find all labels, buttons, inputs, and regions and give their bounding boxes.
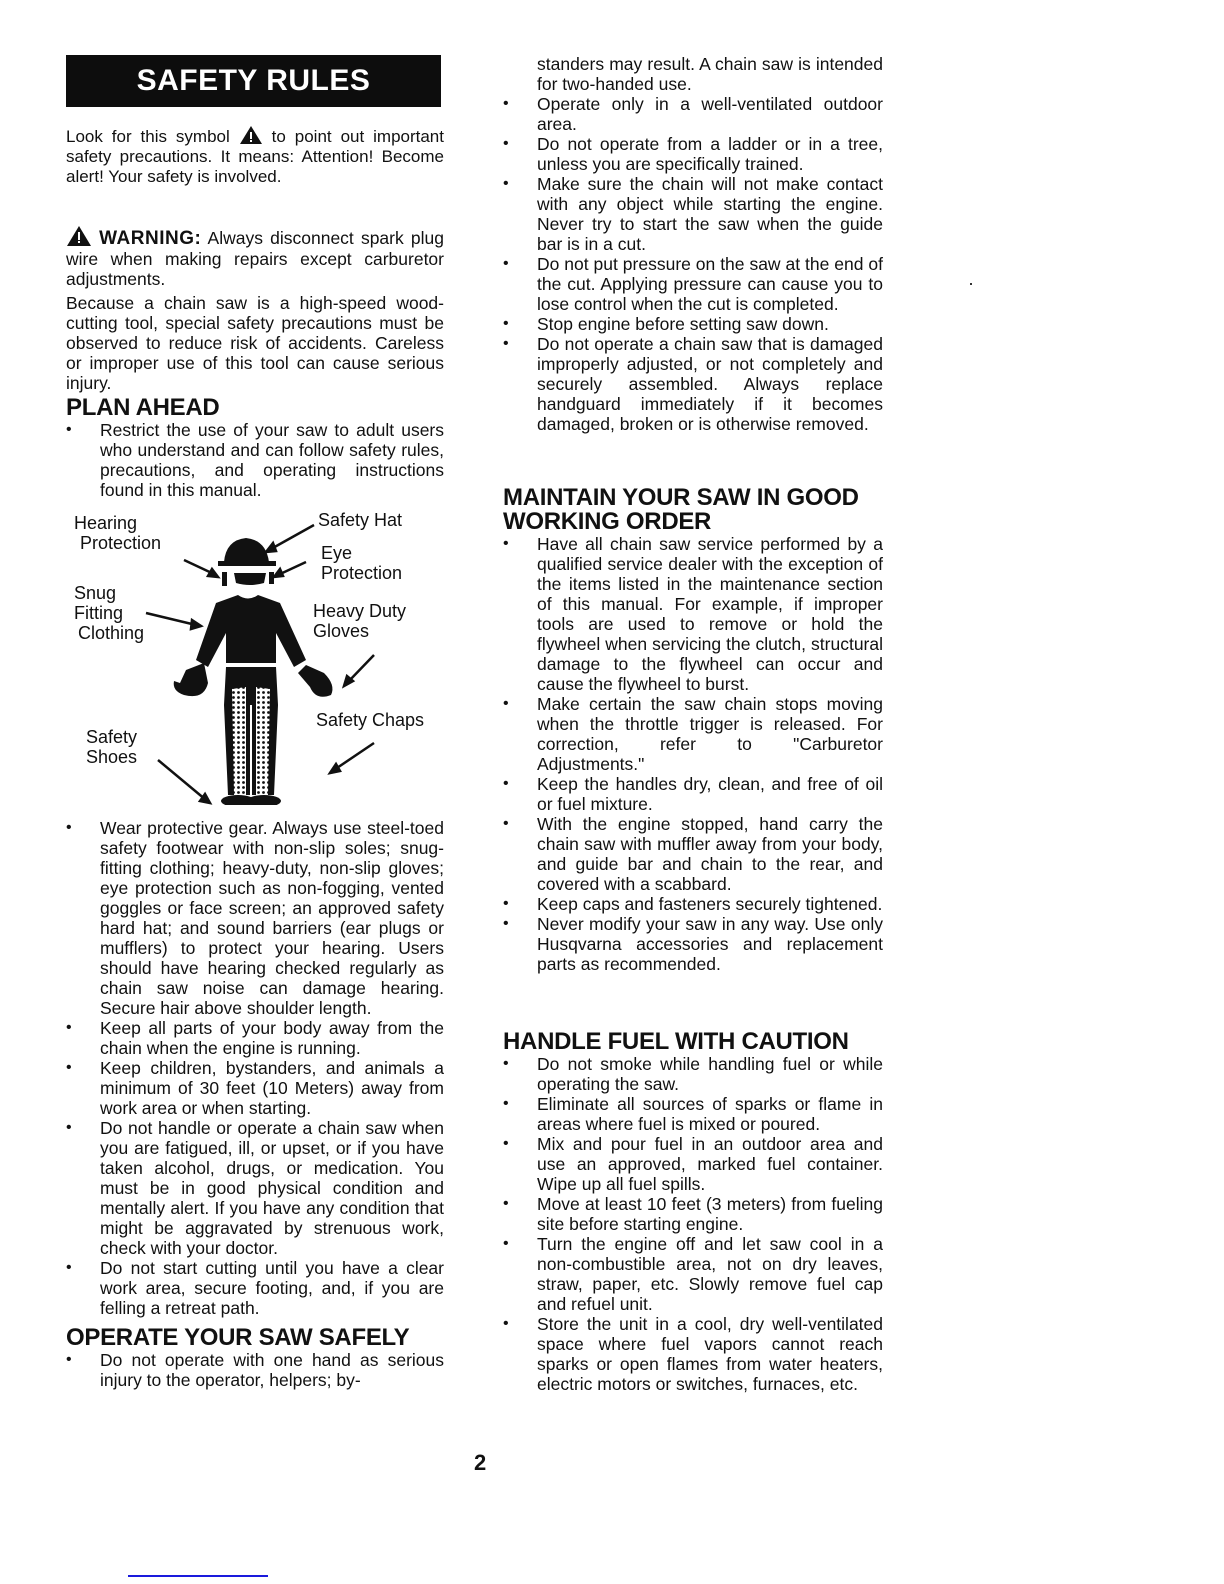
warning-label: WARNING:: [99, 228, 201, 249]
label-eye-protection: Eye Protection: [321, 543, 402, 583]
label-safety-shoes: Safety Shoes: [86, 727, 137, 767]
list-item: Never modify your saw in any way. Use on…: [503, 914, 883, 974]
list-item: Do not handle or operate a chain saw whe…: [66, 1118, 444, 1258]
page-number: 2: [474, 1450, 486, 1476]
list-item: Wear protective gear. Always use steel-t…: [66, 818, 444, 1018]
list-item: Eliminate all sources of sparks or flame…: [503, 1094, 883, 1134]
list-item: Keep all parts of your body away from th…: [66, 1018, 444, 1058]
list-item: Do not put pressure on the saw at the en…: [503, 254, 883, 314]
warning-triangle-icon: [239, 125, 263, 145]
label-snug-fitting-clothing: Snug Fitting Clothing: [74, 583, 144, 643]
footer-link-underline: [128, 1575, 268, 1577]
list-item: Store the unit in a cool, dry well-venti…: [503, 1314, 883, 1394]
list-item: Keep the handles dry, clean, and free of…: [503, 774, 883, 814]
list-item: Keep children, bystanders, and animals a…: [66, 1058, 444, 1118]
label-safety-hat: Safety Hat: [318, 510, 402, 530]
list-item: Do not operate from a ladder or in a tre…: [503, 134, 883, 174]
scan-speck: [970, 283, 972, 285]
list-item: Mix and pour fuel in an outdoor area and…: [503, 1134, 883, 1194]
intro-paragraph: Look for this symbol to point out import…: [66, 125, 444, 187]
label-hearing-protection: Hearing Protection: [74, 513, 161, 553]
intro-text-start: Look for this symbol: [66, 127, 230, 146]
protective-gear-figure: Hearing Protection Safety Hat Eye Protec…: [66, 505, 446, 805]
list-item: Do not operate a chain saw that is damag…: [503, 334, 883, 434]
page-title: SAFETY RULES: [137, 64, 371, 98]
list-item: Restrict the use of your saw to adult us…: [66, 420, 444, 500]
list-item: Make sure the chain will not make contac…: [503, 174, 883, 254]
plan-ahead-section: PLAN AHEAD Restrict the use of your saw …: [66, 396, 444, 500]
list-item: Move at least 10 feet (3 meters) from fu…: [503, 1194, 883, 1234]
operate-safely-list: standers may result. A chain saw is inte…: [503, 54, 883, 434]
list-item: Keep caps and fasteners securely tighten…: [503, 894, 883, 914]
label-heavy-duty-gloves: Heavy Duty Gloves: [313, 601, 406, 641]
label-safety-chaps: Safety Chaps: [316, 710, 424, 730]
section-heading-fuel: HANDLE FUEL WITH CAUTION: [503, 1030, 883, 1054]
plan-ahead-list-top: Restrict the use of your saw to adult us…: [66, 420, 444, 500]
list-item: Do not start cutting until you have a cl…: [66, 1258, 444, 1318]
plan-ahead-list-bottom: Wear protective gear. Always use steel-t…: [66, 818, 444, 1390]
list-item: Make certain the saw chain stops moving …: [503, 694, 883, 774]
list-item-continued: standers may result. A chain saw is inte…: [503, 54, 883, 94]
section-heading-plan-ahead: PLAN AHEAD: [66, 396, 444, 420]
fuel-section: HANDLE FUEL WITH CAUTION Do not smoke wh…: [503, 1030, 883, 1394]
list-item: Turn the engine off and let saw cool in …: [503, 1234, 883, 1314]
maintain-section: MAINTAIN YOUR SAW IN GOOD WORKING ORDER …: [503, 486, 883, 974]
warning-block: WARNING: Always disconnect spark plug wi…: [66, 225, 444, 393]
safety-rules-title-bar: SAFETY RULES: [66, 55, 441, 107]
list-item: Stop engine before setting saw down.: [503, 314, 883, 334]
list-item: Have all chain saw service performed by …: [503, 534, 883, 694]
list-item: Operate only in a well-ventilated outdoo…: [503, 94, 883, 134]
list-item: Do not smoke while handling fuel or whil…: [503, 1054, 883, 1094]
general-safety-paragraph: Because a chain saw is a high-speed wood…: [66, 293, 444, 393]
section-heading-operate-safely: OPERATE YOUR SAW SAFELY: [66, 1326, 444, 1350]
list-item: With the engine stopped, hand carry the …: [503, 814, 883, 894]
section-heading-maintain: MAINTAIN YOUR SAW IN GOOD WORKING ORDER: [503, 486, 883, 534]
warning-triangle-icon: [66, 225, 92, 247]
list-item: Do not operate with one hand as serious …: [66, 1350, 444, 1390]
